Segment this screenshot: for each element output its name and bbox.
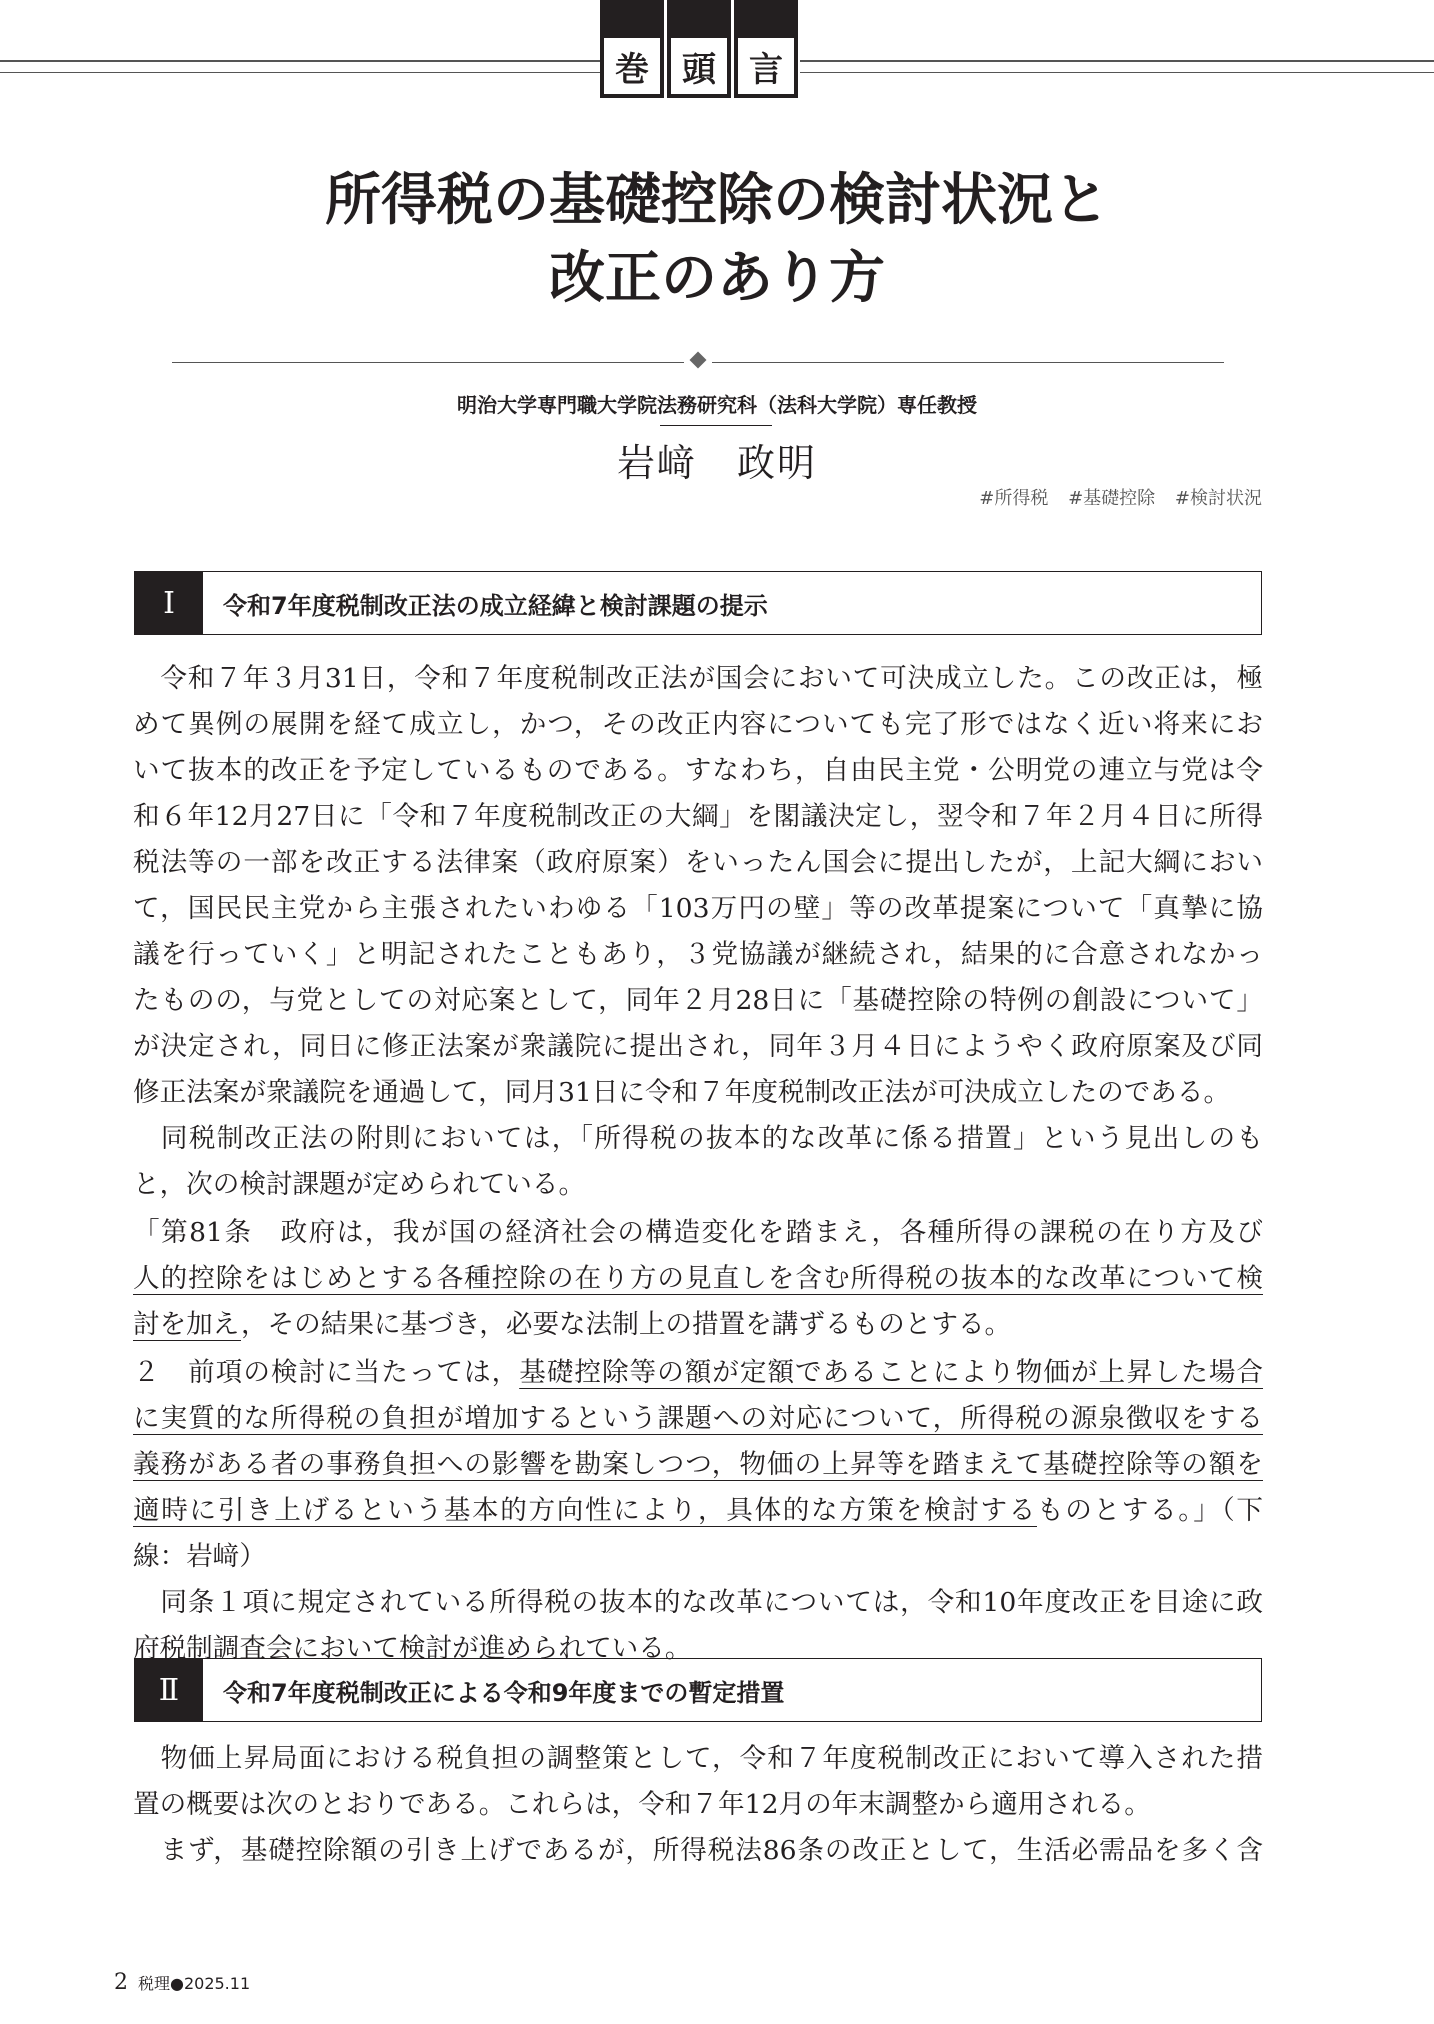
text-segment: 物価上昇局面における税負担の調整策として，令和７年度税制改正において導入された措 — [133, 1743, 1263, 1774]
text-segment: 議を行っていく」と明記されたこともあり，３党協議が継続され，結果的に合意されなか… — [133, 939, 1263, 970]
body-text-line: 物価上昇局面における税負担の調整策として，令和７年度税制改正において導入された措 — [133, 1742, 1263, 1776]
body-text-line: が決定され，同日に修正法案が衆議院に提出され，同年３月４日にようやく政府原案及び… — [133, 1030, 1263, 1064]
text-segment: が決定され，同日に修正法案が衆議院に提出され，同年３月４日にようやく政府原案及び… — [133, 1031, 1263, 1062]
badge-char: 言 — [738, 38, 794, 94]
magazine-issue: 税理●2025.11 — [138, 1971, 250, 1994]
tag[interactable]: #検討状況 — [1175, 488, 1262, 509]
title-divider-left — [172, 362, 684, 363]
body-text-line: 和６年12月27日に「令和７年度税制改正の大綱」を閣議決定し，翌令和７年２月４日… — [133, 800, 1263, 834]
badge-box: 頭 — [667, 0, 731, 98]
body-text-line: いて抜本的改正を予定しているものである。すなわち，自由民主党・公明党の連立与党は… — [133, 754, 1263, 788]
section-heading-2: Ⅱ 令和7年度税制改正による令和9年度までの暫定措置 — [134, 1658, 1262, 1722]
section-title: 令和7年度税制改正法の成立経緯と検討課題の提示 — [203, 586, 768, 621]
text-segment: いて抜本的改正を予定しているものである。すなわち，自由民主党・公明党の連立与党は… — [133, 755, 1263, 786]
text-segment: て，国民民主党から主張されたいわゆる「103万円の壁」等の改革提案について「真摯… — [133, 893, 1263, 924]
tag-list: #所得税 #基礎控除 #検討状況 — [979, 484, 1262, 510]
diamond-ornament-icon — [690, 352, 707, 369]
body-text-line: たものの，与党としての対応案として，同年２月28日に「基礎控除の特例の創設につい… — [133, 984, 1263, 1018]
body-text-line: 税法等の一部を改正する法律案（政府原案）をいったん国会に提出したが，上記大綱にお… — [133, 846, 1263, 880]
author-affiliation: 明治大学専門職大学院法務研究科（法科大学院）専任教授 — [0, 389, 1434, 418]
body-text-line: まず，基礎控除額の引き上げであるが，所得税法86条の改正として，生活必需品を多く… — [133, 1834, 1263, 1868]
body-text-line: に実質的な所得税の負担が増加するという課題への対応について，所得税の源泉徴収をす… — [133, 1402, 1263, 1436]
header-rule-left-thin — [0, 72, 600, 73]
underlined-text: 義務がある者の事務負担への影響を勘案しつつ，物価の上昇等を踏まえて基礎控除等の額… — [133, 1449, 1263, 1480]
text-segment: 「第81条 政府は，我が国の経済社会の構造変化を踏まえ，各種所得の課税の在り方及… — [133, 1217, 1263, 1248]
body-text-line: 人的控除をはじめとする各種控除の在り方の見直しを含む所得税の抜本的な改革について… — [133, 1262, 1263, 1296]
underlined-text: 適時に引き上げるという基本的方向性により，具体的な方策を検討する — [133, 1495, 1037, 1526]
text-segment: ２ 前項の検討に当たっては， — [133, 1357, 519, 1388]
body-text-line: 義務がある者の事務負担への影響を勘案しつつ，物価の上昇等を踏まえて基礎控除等の額… — [133, 1448, 1263, 1482]
text-segment: 同条１項に規定されている所得税の抜本的な改革については，令和10年度改正を目途に… — [133, 1587, 1263, 1618]
body-text-line: 置の概要は次のとおりである。これらは，令和７年12月の年末調整から適用される。 — [133, 1788, 1263, 1822]
article-title-line-1: 所得税の基礎控除の検討状況と — [0, 162, 1434, 240]
header-rule-left — [0, 60, 600, 62]
header-rule-right-thin — [800, 72, 1434, 73]
body-text-line: ２ 前項の検討に当たっては，基礎控除等の額が定額であることにより物価が上昇した場… — [133, 1356, 1263, 1390]
tag[interactable]: #所得税 — [979, 488, 1048, 509]
section-number: Ⅱ — [135, 1659, 203, 1721]
body-text-line: 線：岩﨑） — [133, 1540, 1263, 1574]
underlined-text: に実質的な所得税の負担が増加するという課題への対応について，所得税の源泉徴収をす… — [133, 1403, 1263, 1434]
body-text-line: 議を行っていく」と明記されたこともあり，３党協議が継続され，結果的に合意されなか… — [133, 938, 1263, 972]
badge-char: 巻 — [604, 38, 660, 94]
badge-char: 頭 — [671, 38, 727, 94]
body-text-line: 適時に引き上げるという基本的方向性により，具体的な方策を検討するものとする。」（… — [133, 1494, 1263, 1528]
kantougen-badge: 巻 頭 言 — [600, 0, 798, 98]
text-segment: と，次の検討課題が定められている。 — [133, 1169, 585, 1200]
badge-box: 巻 — [600, 0, 664, 98]
section-heading-1: Ⅰ 令和7年度税制改正法の成立経緯と検討課題の提示 — [134, 571, 1262, 635]
badge-box: 言 — [734, 0, 798, 98]
body-text-line: と，次の検討課題が定められている。 — [133, 1168, 1263, 1202]
underlined-text: 基礎控除等の額が定額であることにより物価が上昇した場合 — [519, 1357, 1263, 1388]
text-segment: たものの，与党としての対応案として，同年２月28日に「基礎控除の特例の創設につい… — [133, 985, 1263, 1016]
text-segment: 修正法案が衆議院を通過して，同月31日に令和７年度税制改正法が可決成立したのであ… — [133, 1077, 1230, 1108]
body-text-line: 「第81条 政府は，我が国の経済社会の構造変化を踏まえ，各種所得の課税の在り方及… — [133, 1216, 1263, 1250]
underlined-text: 人的控除をはじめとする各種控除の在り方の見直しを含む所得税の抜本的な改革について… — [133, 1263, 1263, 1294]
author-name: 岩﨑 政明 — [0, 432, 1434, 487]
header-rule-right — [800, 60, 1434, 62]
text-segment: 令和７年３月31日，令和７年度税制改正法が国会において可決成立した。この改正は，… — [133, 663, 1263, 694]
body-text-line: て，国民民主党から主張されたいわゆる「103万円の壁」等の改革提案について「真摯… — [133, 892, 1263, 926]
text-segment: めて異例の展開を経て成立し，かつ，その改正内容についても完了形ではなく近い将来に… — [133, 709, 1263, 740]
page-number: 2 — [114, 1970, 128, 1995]
text-segment: 置の概要は次のとおりである。これらは，令和７年12月の年末調整から適用される。 — [133, 1789, 1151, 1820]
article-title-line-2: 改正のあり方 — [0, 240, 1434, 318]
text-segment: ものとする。」（下 — [1037, 1495, 1263, 1526]
page-footer: 2 税理●2025.11 — [114, 1970, 250, 1995]
affiliation-rule — [660, 425, 772, 426]
title-divider-right — [712, 362, 1224, 363]
body-text-line: 令和７年３月31日，令和７年度税制改正法が国会において可決成立した。この改正は，… — [133, 662, 1263, 696]
text-segment: ，その結果に基づき，必要な法制上の措置を講ずるものとする。 — [241, 1309, 1011, 1340]
body-text-line: 修正法案が衆議院を通過して，同月31日に令和７年度税制改正法が可決成立したのであ… — [133, 1076, 1263, 1110]
body-text-line: 同条１項に規定されている所得税の抜本的な改革については，令和10年度改正を目途に… — [133, 1586, 1263, 1620]
body-text-line: 討を加え，その結果に基づき，必要な法制上の措置を講ずるものとする。 — [133, 1308, 1263, 1342]
text-segment: 同税制改正法の附則においては，「所得税の抜本的な改革に係る措置」という見出しのも — [133, 1123, 1263, 1154]
section-number: Ⅰ — [135, 572, 203, 634]
text-segment: 税法等の一部を改正する法律案（政府原案）をいったん国会に提出したが，上記大綱にお… — [133, 847, 1263, 878]
tag[interactable]: #基礎控除 — [1068, 488, 1155, 509]
text-segment: 和６年12月27日に「令和７年度税制改正の大綱」を閣議決定し，翌令和７年２月４日… — [133, 801, 1263, 832]
text-segment: まず，基礎控除額の引き上げであるが，所得税法86条の改正として，生活必需品を多く… — [133, 1835, 1263, 1866]
body-text-line: 同税制改正法の附則においては，「所得税の抜本的な改革に係る措置」という見出しのも — [133, 1122, 1263, 1156]
section-title: 令和7年度税制改正による令和9年度までの暫定措置 — [203, 1673, 784, 1708]
underlined-text: 討を加え — [133, 1309, 241, 1340]
text-segment: 線：岩﨑） — [133, 1541, 266, 1572]
body-text-line: めて異例の展開を経て成立し，かつ，その改正内容についても完了形ではなく近い将来に… — [133, 708, 1263, 742]
